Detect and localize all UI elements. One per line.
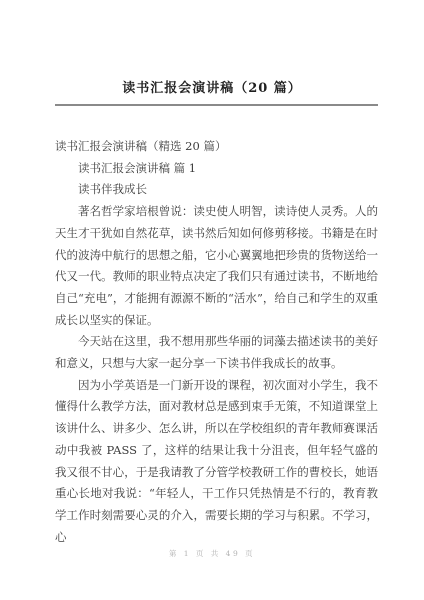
title-divider <box>55 104 378 106</box>
essay-title: 读书伴我成长 <box>55 179 378 201</box>
document-body: 读书汇报会演讲稿（精选 20 篇） 读书汇报会演讲稿 篇 1 读书伴我成长 著名… <box>55 136 378 548</box>
paragraph: 著名哲学家培根曾说：读史使人明智，读诗使人灵秀。人的天生才干犹如自然花草，读书然… <box>55 201 378 331</box>
document-page: 读书汇报会演讲稿（20 篇） 读书汇报会演讲稿（精选 20 篇） 读书汇报会演讲… <box>0 0 424 600</box>
paragraph: 今天站在这里，我不想用那些华丽的词藻去描述读书的美好和意义，只想与大家一起分享一… <box>55 331 378 374</box>
page-number-footer: 第 1 页 共 49 页 <box>0 548 424 560</box>
collection-subtitle: 读书汇报会演讲稿（精选 20 篇） <box>55 136 378 158</box>
paragraph: 因为小学英语是一门新开设的课程，初次面对小学生，我不懂得什么教学方法，面对教材总… <box>55 375 378 549</box>
document-title: 读书汇报会演讲稿（20 篇） <box>0 0 424 97</box>
section-heading: 读书汇报会演讲稿 篇 1 <box>55 158 378 180</box>
